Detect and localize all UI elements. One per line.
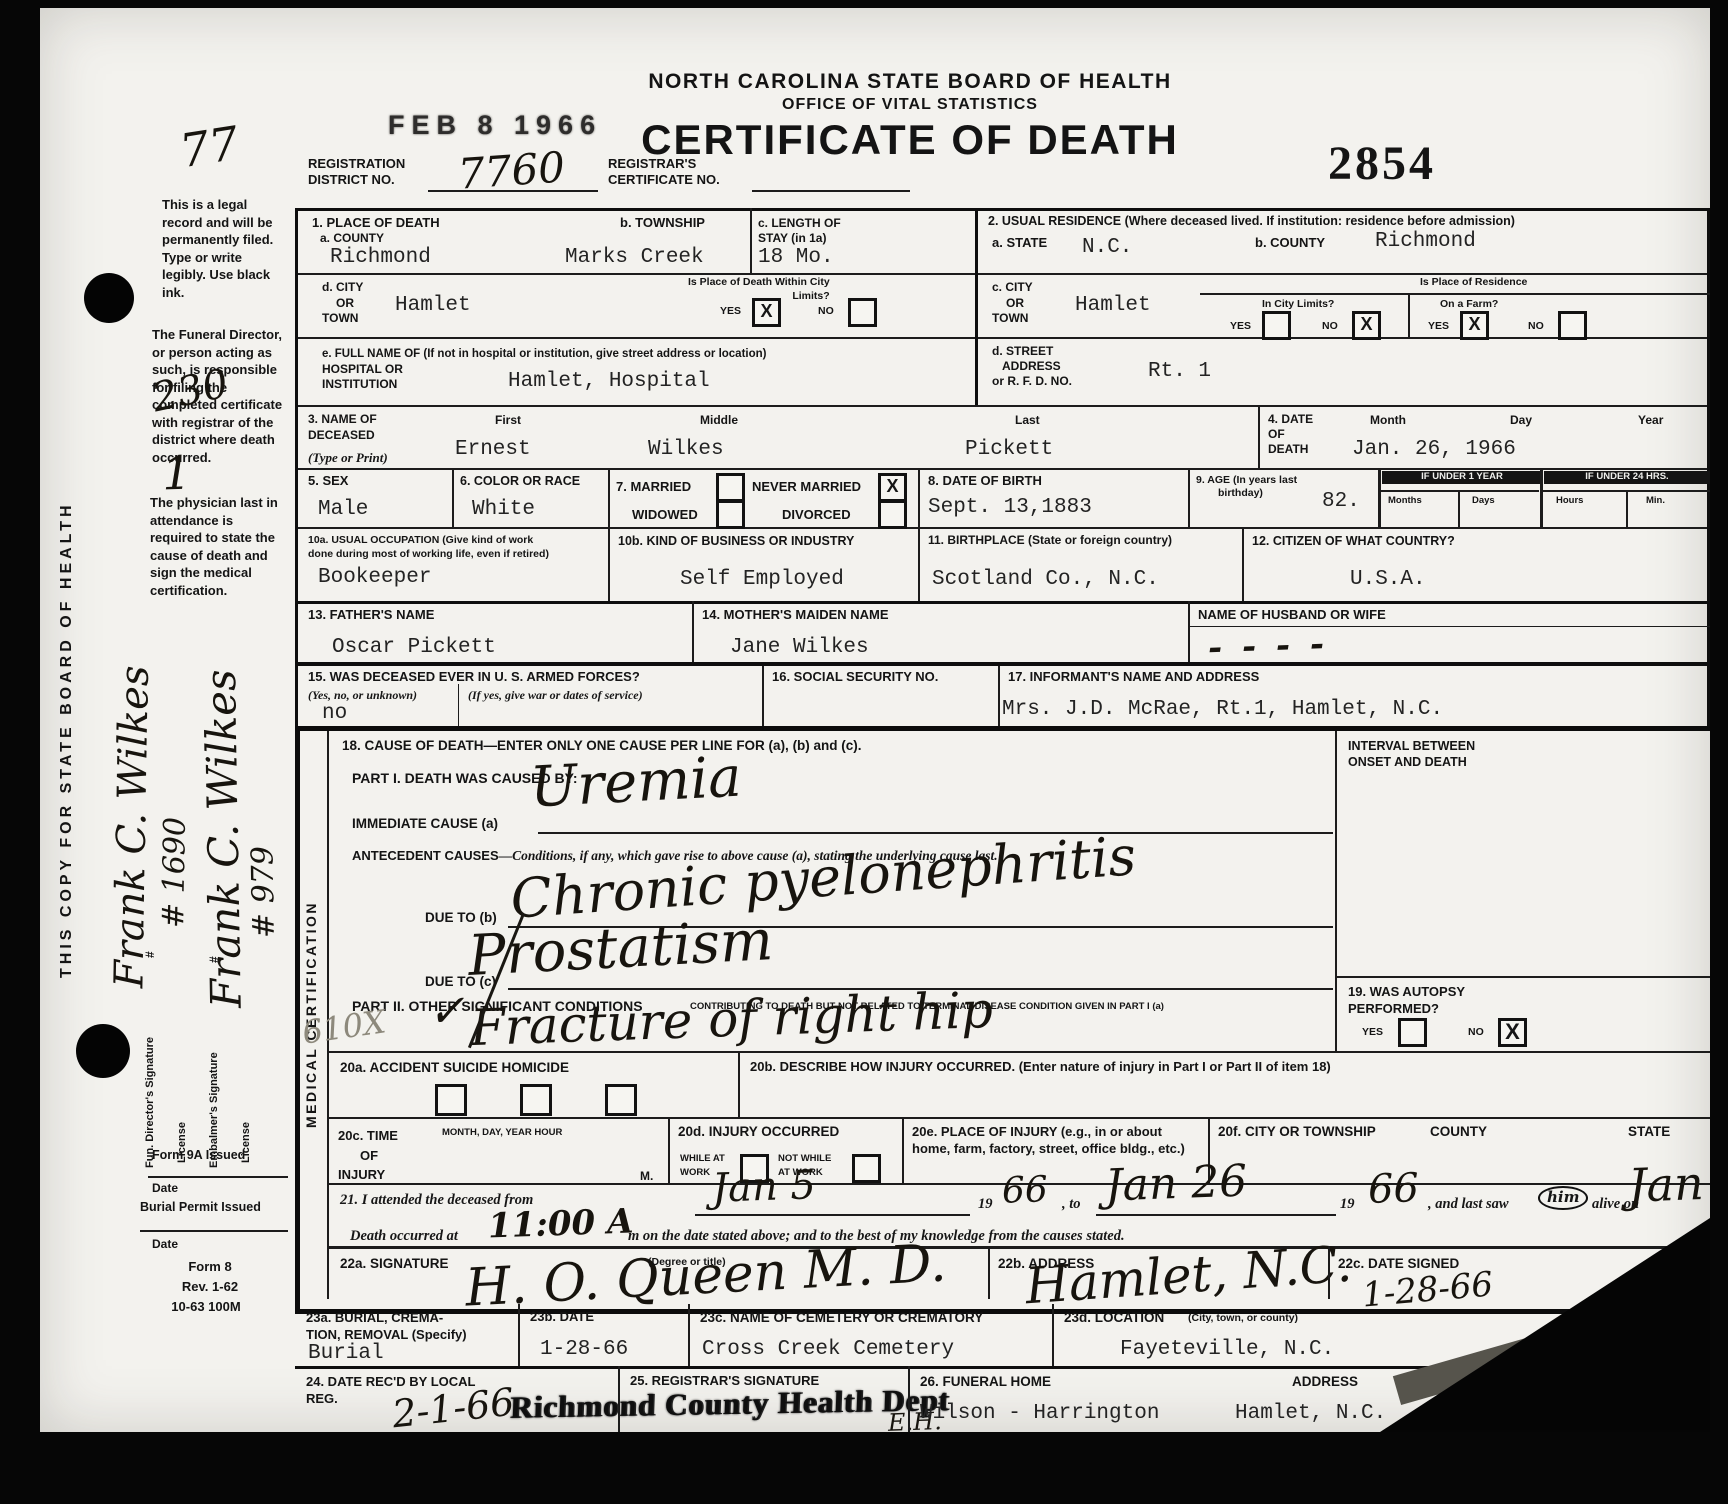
street-line2: ADDRESS xyxy=(992,359,1061,373)
divider xyxy=(908,1366,910,1432)
residence-city-line2: OR xyxy=(992,296,1024,310)
autopsy-yes-checkbox xyxy=(1398,1018,1427,1047)
age-line1: 9. AGE (In years last xyxy=(1196,474,1297,486)
length-of-stay-line1: c. LENGTH OF xyxy=(758,216,841,230)
divider xyxy=(295,208,298,728)
divider xyxy=(988,1246,990,1299)
board-of-health-title: NORTH CAROLINA STATE BOARD OF HEALTH xyxy=(460,70,1360,94)
length-of-stay-line2: STAY (in 1a) xyxy=(758,231,826,245)
divider xyxy=(518,1304,520,1366)
length-of-stay-value: 18 Mo. xyxy=(758,246,834,269)
residence-limits-no-checkbox: X xyxy=(1352,311,1381,340)
toi-line1: 20c. TIME xyxy=(338,1128,398,1143)
armed-forces-sub1: (Yes, no, or unknown) xyxy=(308,688,417,703)
attended-to-year: 66 xyxy=(1367,1165,1419,1213)
margin-handwritten-1: 1 xyxy=(161,446,192,501)
dod-line2: OF xyxy=(1268,427,1285,441)
stock-number-label: 10-63 100M xyxy=(146,1300,266,1315)
divider xyxy=(295,208,1710,211)
margin-handwritten-77: 77 xyxy=(176,116,242,178)
married-checkbox xyxy=(716,473,745,502)
city-label-line2: OR xyxy=(322,296,354,310)
to-text: , to xyxy=(1062,1196,1081,1213)
divider xyxy=(295,337,1710,339)
county-header: COUNTY xyxy=(1430,1124,1487,1140)
farm-no-checkbox xyxy=(1558,311,1587,340)
certificate-title: CERTIFICATE OF DEATH xyxy=(460,116,1360,164)
him-scribble: him xyxy=(1538,1186,1588,1210)
divider xyxy=(295,468,1710,470)
legal-record-note: This is a legal record and will be perma… xyxy=(162,196,284,301)
injury-occurred-label: 20d. INJURY OCCURRED xyxy=(678,1124,839,1140)
divider xyxy=(458,684,459,726)
armed-forces-value: no xyxy=(322,702,347,725)
limits-question-line2: Limits? xyxy=(792,290,829,302)
informant-value: Mrs. J.D. McRae, Rt.1, Hamlet, N.C. xyxy=(1002,698,1443,721)
divider xyxy=(1052,1304,1054,1366)
mothers-maiden-name-label: 14. MOTHER'S MAIDEN NAME xyxy=(702,608,889,623)
describe-injury-label: 20b. DESCRIBE HOW INJURY OCCURRED. (Ente… xyxy=(750,1060,1331,1075)
divider xyxy=(295,527,1710,529)
form-9a-issued-label: Form 9A Issued xyxy=(152,1148,245,1162)
months-header: Months xyxy=(1388,496,1422,507)
interval-line1: INTERVAL BETWEEN xyxy=(1348,739,1475,753)
age-line2: birthday) xyxy=(1196,487,1263,499)
divider xyxy=(692,601,694,662)
divider xyxy=(1258,405,1260,468)
location-sublabel: (City, town, or county) xyxy=(1188,1312,1298,1324)
residence-city-line1: c. CITY xyxy=(992,280,1033,294)
usual-residence-title: 2. USUAL RESIDENCE (Where deceased lived… xyxy=(988,214,1515,228)
business-industry-value: Self Employed xyxy=(680,568,844,591)
type-or-print-label: (Type or Print) xyxy=(308,450,388,466)
divider xyxy=(918,527,920,601)
attended-to-value: Jan 26 xyxy=(1104,1156,1248,1212)
divorced-checkbox xyxy=(878,500,907,529)
is-place-of-residence-label: Is Place of Residence xyxy=(1420,276,1527,288)
date-of-birth-label: 8. DATE OF BIRTH xyxy=(928,474,1042,489)
min-header: Min. xyxy=(1646,496,1665,507)
m-label: M. xyxy=(640,1170,653,1184)
residence-city-value: Hamlet xyxy=(1075,294,1151,317)
divider xyxy=(918,468,920,527)
copy-for-state-note: THIS COPY FOR STATE BOARD OF HEALTH xyxy=(58,438,76,978)
divider xyxy=(1540,468,1543,527)
age-label: 9. AGE (In years last birthday) xyxy=(1196,474,1297,500)
residence-city-label: c. CITY OR TOWN xyxy=(992,280,1033,327)
printed-19-b: 19 xyxy=(1340,1196,1355,1213)
burial-line1: 23a. BURIAL, CREMA- xyxy=(306,1310,443,1325)
divider xyxy=(295,273,1710,275)
date-of-death-label: 4. DATE OF DEATH xyxy=(1268,412,1313,457)
last-name-label: Last xyxy=(1015,414,1040,428)
residence-county-value: Richmond xyxy=(1375,230,1476,253)
divider xyxy=(1335,976,1710,978)
funeral-home-address-label: ADDRESS xyxy=(1292,1374,1358,1390)
hours-header: Hours xyxy=(1556,496,1583,507)
death-occurred-pre: Death occurred at xyxy=(350,1228,458,1245)
hash-symbol-1: # xyxy=(144,938,158,958)
burial-permit-issued-label: Burial Permit Issued xyxy=(140,1200,261,1214)
suicide-checkbox xyxy=(520,1084,552,1116)
birthplace-value: Scotland Co., N.C. xyxy=(932,568,1159,591)
autopsy-no-checkbox: X xyxy=(1498,1018,1527,1047)
registrars-certificate-label: REGISTRAR'S CERTIFICATE NO. xyxy=(608,156,720,187)
divider xyxy=(738,1051,740,1117)
days-header: Days xyxy=(1472,496,1495,507)
birthplace-label: 11. BIRTHPLACE (State or foreign country… xyxy=(928,534,1172,548)
farm-yes-checkbox: X xyxy=(1460,311,1489,340)
divider xyxy=(1381,490,1539,492)
first-name-value: Ernest xyxy=(455,438,531,461)
divider xyxy=(1188,468,1190,527)
husband-or-wife-label: NAME OF HUSBAND OR WIFE xyxy=(1198,608,1386,623)
if-under-1-year-header: IF UNDER 1 YEAR xyxy=(1382,471,1542,484)
death-limits-yes-checkbox: X xyxy=(752,298,781,327)
accident-checkbox xyxy=(435,1084,467,1116)
hospital-name-label: e. FULL NAME OF (If not in hospital or i… xyxy=(322,348,766,361)
year-header: Year xyxy=(1638,414,1663,428)
hole-punch-top xyxy=(84,273,134,323)
divider xyxy=(1096,1214,1336,1216)
divider xyxy=(608,527,610,601)
city-or-township-header: 20f. CITY OR TOWNSHIP xyxy=(1218,1124,1376,1140)
time-of-injury-label: 20c. TIME OF INJURY xyxy=(338,1126,398,1185)
township-value: Marks Creek xyxy=(565,246,704,269)
death-limits-no-label: NO xyxy=(818,305,834,317)
dod-line1: 4. DATE xyxy=(1268,412,1313,426)
certificate-number: 2854 xyxy=(1328,136,1436,191)
office-of-vital-statistics: OFFICE OF VITAL STATISTICS xyxy=(460,96,1360,114)
burial-value: Burial xyxy=(308,1342,384,1365)
street-line1: d. STREET xyxy=(992,344,1053,358)
divider xyxy=(1378,468,1381,527)
state-header: STATE xyxy=(1628,1124,1670,1140)
accident-suicide-homicide-label: 20a. ACCIDENT SUICIDE HOMICIDE xyxy=(340,1060,569,1076)
city-of-death-value: Hamlet xyxy=(395,294,471,317)
divider xyxy=(668,1117,670,1183)
street-address-value: Rt. 1 xyxy=(1148,360,1211,383)
last-seen-value: Jan 26 xyxy=(1627,1153,1710,1212)
death-time-value: 11:00 A xyxy=(487,1201,634,1246)
cause-a-value: Uremia xyxy=(528,745,743,821)
divider xyxy=(688,1304,690,1366)
street-address-label: d. STREET ADDRESS or R. F. D. NO. xyxy=(992,344,1072,389)
registrars-certificate-line1: REGISTRAR'S xyxy=(608,156,696,171)
registrars-certificate-blank xyxy=(752,190,910,192)
divider xyxy=(295,405,1710,407)
not-while-at-work-checkbox xyxy=(852,1154,881,1183)
color-or-race-label: 6. COLOR OR RACE xyxy=(460,474,580,488)
divider xyxy=(1188,601,1190,662)
social-security-label: 16. SOCIAL SECURITY NO. xyxy=(772,670,938,685)
city-label-line3: TOWN xyxy=(322,311,358,325)
widowed-checkbox xyxy=(716,500,745,529)
registrar-stamp: Richmond County Health Dept xyxy=(509,1382,950,1426)
divorced-label: DIVORCED xyxy=(782,508,851,523)
usual-occupation-label: 10a. USUAL OCCUPATION (Give kind of work… xyxy=(308,534,549,561)
date-of-death-value: Jan. 26, 1966 xyxy=(1352,438,1516,461)
degree-or-title-label: (Degree or title) xyxy=(648,1256,726,1268)
husband-or-wife-value: - - - - xyxy=(1207,624,1328,668)
toi-line3: INJURY xyxy=(338,1167,385,1182)
fun-director-signature-label: Fun. Director's Signature xyxy=(144,968,157,1168)
funeral-director-signature-script: Frank C. Wilkes xyxy=(106,568,159,989)
hole-punch-bottom xyxy=(76,1024,130,1078)
divider xyxy=(975,337,978,405)
homicide-checkbox xyxy=(605,1084,637,1116)
date-of-birth-value: Sept. 13,1883 xyxy=(928,496,1092,519)
hospital-value: Hamlet, Hospital xyxy=(508,370,710,393)
occupation-line2: done during most of working life, even i… xyxy=(308,548,549,560)
divider xyxy=(327,1117,1710,1119)
registration-district-line1: REGISTRATION xyxy=(308,156,405,171)
funeral-home-label: 26. FUNERAL HOME xyxy=(920,1374,1051,1390)
divider xyxy=(695,1214,970,1216)
attended-from-value: Jan 5 xyxy=(711,1162,816,1212)
divider xyxy=(1458,490,1460,527)
residence-limits-question: In City Limits? xyxy=(1262,298,1334,310)
length-of-stay-label: c. LENGTH OF STAY (in 1a) xyxy=(758,216,841,246)
date-label-1: Date xyxy=(152,1182,178,1196)
while-line2: WORK xyxy=(680,1167,710,1178)
widowed-label: WIDOWED xyxy=(632,508,698,523)
location-label: 23d. LOCATION xyxy=(1064,1310,1164,1326)
registration-district-line2: DISTRICT NO. xyxy=(308,172,395,187)
interval-line2: ONSET AND DEATH xyxy=(1348,755,1467,769)
citizen-value: U.S.A. xyxy=(1350,568,1426,591)
deceased-line2: DECEASED xyxy=(308,428,375,442)
farm-no-label: NO xyxy=(1528,320,1544,332)
month-day-year-hour-header: MONTH, DAY, YEAR HOUR xyxy=(442,1128,562,1139)
informant-label: 17. INFORMANT'S NAME AND ADDRESS xyxy=(1008,670,1259,685)
divider xyxy=(1707,208,1710,728)
divider xyxy=(428,190,598,192)
divider xyxy=(998,666,1000,728)
business-industry-label: 10b. KIND OF BUSINESS OR INDUSTRY xyxy=(618,534,854,548)
divider xyxy=(902,1117,904,1183)
age-value: 82. xyxy=(1322,490,1360,513)
poi-line2: home, farm, factory, street, office bldg… xyxy=(912,1141,1185,1156)
divider xyxy=(1328,1246,1330,1299)
medical-certification-strip: MEDICAL CERTIFICATION xyxy=(303,808,319,1128)
divider xyxy=(1626,490,1628,527)
divider xyxy=(1408,293,1410,337)
signature-label: 22a. SIGNATURE xyxy=(340,1256,449,1272)
cemetery-label: 23c. NAME OF CEMETERY OR CREMATORY xyxy=(700,1310,983,1326)
funeral-home-address-value: Hamlet, N.C. xyxy=(1235,1402,1386,1425)
hash-symbol-2: # xyxy=(208,943,222,963)
autopsy-label: 19. WAS AUTOPSY PERFORMED? xyxy=(1348,984,1465,1018)
attended-from-year: 66 xyxy=(1001,1169,1048,1212)
color-or-race-value: White xyxy=(472,498,535,521)
funeral-director-license-number: # 1690 xyxy=(156,708,195,929)
certificate-paper: THIS COPY FOR STATE BOARD OF HEALTH This… xyxy=(40,8,1710,1432)
divider xyxy=(608,468,610,527)
county-of-death-value: Richmond xyxy=(330,246,431,269)
scanned-death-certificate: THIS COPY FOR STATE BOARD OF HEALTH This… xyxy=(0,0,1728,1504)
never-married-checkbox: X xyxy=(878,473,907,502)
married-label: 7. MARRIED xyxy=(616,480,691,495)
citizen-label: 12. CITIZEN OF WHAT COUNTRY? xyxy=(1252,534,1455,548)
poi-line1: 20e. PLACE OF INJURY (e.g., in or about xyxy=(912,1124,1162,1139)
occupation-value: Bookeeper xyxy=(318,566,431,589)
county-label: a. COUNTY xyxy=(320,232,384,246)
license-label-2: License xyxy=(240,1043,253,1163)
place-of-injury-label: 20e. PLACE OF INJURY (e.g., in or about … xyxy=(912,1124,1185,1158)
divider xyxy=(327,1051,1710,1053)
form-8-label: Form 8 xyxy=(150,1260,270,1275)
city-of-death-label: d. CITY OR TOWN xyxy=(322,280,363,327)
sex-label: 5. SEX xyxy=(308,474,348,489)
registrars-certificate-line2: CERTIFICATE NO. xyxy=(608,172,720,187)
deceased-line1: 3. NAME OF xyxy=(308,412,377,426)
last-saw-text: , and last saw xyxy=(1428,1196,1509,1213)
date-label-2: Date xyxy=(152,1238,178,1252)
while-line1: WHILE AT xyxy=(680,1153,725,1164)
residence-limits-no-label: NO xyxy=(1322,320,1338,332)
place-of-death-title: 1. PLACE OF DEATH xyxy=(312,216,440,231)
interval-header: INTERVAL BETWEEN ONSET AND DEATH xyxy=(1348,738,1475,771)
if-under-24-hrs-header: IF UNDER 24 HRS. xyxy=(1544,471,1710,484)
residence-state-label: a. STATE xyxy=(992,236,1047,251)
revision-label: Rev. 1-62 xyxy=(150,1280,270,1295)
handwritten-checkmark: ✓ xyxy=(427,985,466,1037)
autopsy-no-label: NO xyxy=(1468,1026,1484,1038)
burial-label: 23a. BURIAL, CREMA- TION, REMOVAL (Speci… xyxy=(306,1310,467,1344)
divider xyxy=(750,208,752,273)
toi-line2: OF xyxy=(338,1148,378,1163)
printed-19-a: 19 xyxy=(978,1196,993,1213)
last-name-value: Pickett xyxy=(965,438,1053,461)
on-a-farm-question: On a Farm? xyxy=(1440,298,1498,310)
fathers-name-label: 13. FATHER'S NAME xyxy=(308,608,434,623)
never-married-label: NEVER MARRIED xyxy=(752,480,861,495)
death-limits-yes-label: YES xyxy=(720,305,741,317)
divider xyxy=(295,601,1710,604)
divider xyxy=(1335,731,1337,1051)
fathers-name-value: Oscar Pickett xyxy=(332,636,496,659)
month-header: Month xyxy=(1370,414,1406,428)
divider xyxy=(140,1230,288,1232)
registration-district-label: REGISTRATION DISTRICT NO. xyxy=(308,156,405,187)
license-label-1: License xyxy=(176,1043,189,1163)
residence-state-value: N.C. xyxy=(1082,236,1132,259)
received-line2: REG. xyxy=(306,1391,338,1406)
autopsy-line2: PERFORMED? xyxy=(1348,1001,1439,1016)
township-label: b. TOWNSHIP xyxy=(620,216,705,231)
immediate-cause-label: IMMEDIATE CAUSE (a) xyxy=(352,816,498,832)
armed-forces-label: 15. WAS DECEASED EVER IN U. S. ARMED FOR… xyxy=(308,670,640,685)
middle-name-label: Middle xyxy=(700,414,738,428)
funeral-home-value: Wilson - Harrington xyxy=(920,1402,1159,1425)
city-label-line1: d. CITY xyxy=(322,280,363,294)
limits-question-line1: Is Place of Death Within City xyxy=(688,276,830,288)
street-line3: or R. F. D. NO. xyxy=(992,374,1072,388)
mothers-maiden-name-value: Jane Wilkes xyxy=(730,636,869,659)
dod-line3: DEATH xyxy=(1268,442,1308,456)
death-limits-no-checkbox xyxy=(848,298,877,327)
divider xyxy=(452,468,454,527)
institution-label: INSTITUTION xyxy=(322,378,397,392)
autopsy-yes-label: YES xyxy=(1362,1026,1383,1038)
sex-value: Male xyxy=(318,498,368,521)
divider xyxy=(538,832,1333,834)
middle-name-value: Wilkes xyxy=(648,438,724,461)
divider xyxy=(1200,293,1710,295)
burial-date-label: 23b. DATE xyxy=(530,1310,594,1325)
farm-yes-label: YES xyxy=(1428,320,1449,332)
occupation-line1: 10a. USUAL OCCUPATION (Give kind of work xyxy=(308,534,533,546)
divider xyxy=(1242,527,1244,601)
residence-county-label: b. COUNTY xyxy=(1255,236,1325,251)
autopsy-line1: 19. WAS AUTOPSY xyxy=(1348,984,1465,999)
divider xyxy=(148,1176,288,1178)
armed-forces-sub2: (If yes, give war or dates of service) xyxy=(468,688,643,703)
divider xyxy=(762,666,764,728)
divider xyxy=(327,1246,1710,1249)
first-name-label: First xyxy=(495,414,521,428)
embalmer-signature-label: Embalmer's Signature xyxy=(208,973,221,1168)
divider xyxy=(295,662,1710,666)
embalmer-license-number: # 979 xyxy=(243,718,282,939)
residence-limits-yes-label: YES xyxy=(1230,320,1251,332)
day-header: Day xyxy=(1510,414,1532,428)
residence-city-line3: TOWN xyxy=(992,311,1028,325)
residence-limits-yes-checkbox xyxy=(1262,311,1291,340)
location-value: Fayeteville, N.C. xyxy=(1120,1338,1334,1361)
name-of-deceased-label: 3. NAME OF DECEASED xyxy=(308,412,377,443)
hospital-or-label: HOSPITAL OR xyxy=(322,363,403,377)
burial-date-value: 1-28-66 xyxy=(540,1338,628,1361)
antecedent-bold: ANTECEDENT CAUSES xyxy=(352,848,499,863)
embalmer-signature-script: Frank C. Wilkes xyxy=(194,578,250,1009)
burial-line2: TION, REMOVAL (Specify) xyxy=(306,1327,467,1342)
cemetery-value: Cross Creek Cemetery xyxy=(702,1338,954,1361)
